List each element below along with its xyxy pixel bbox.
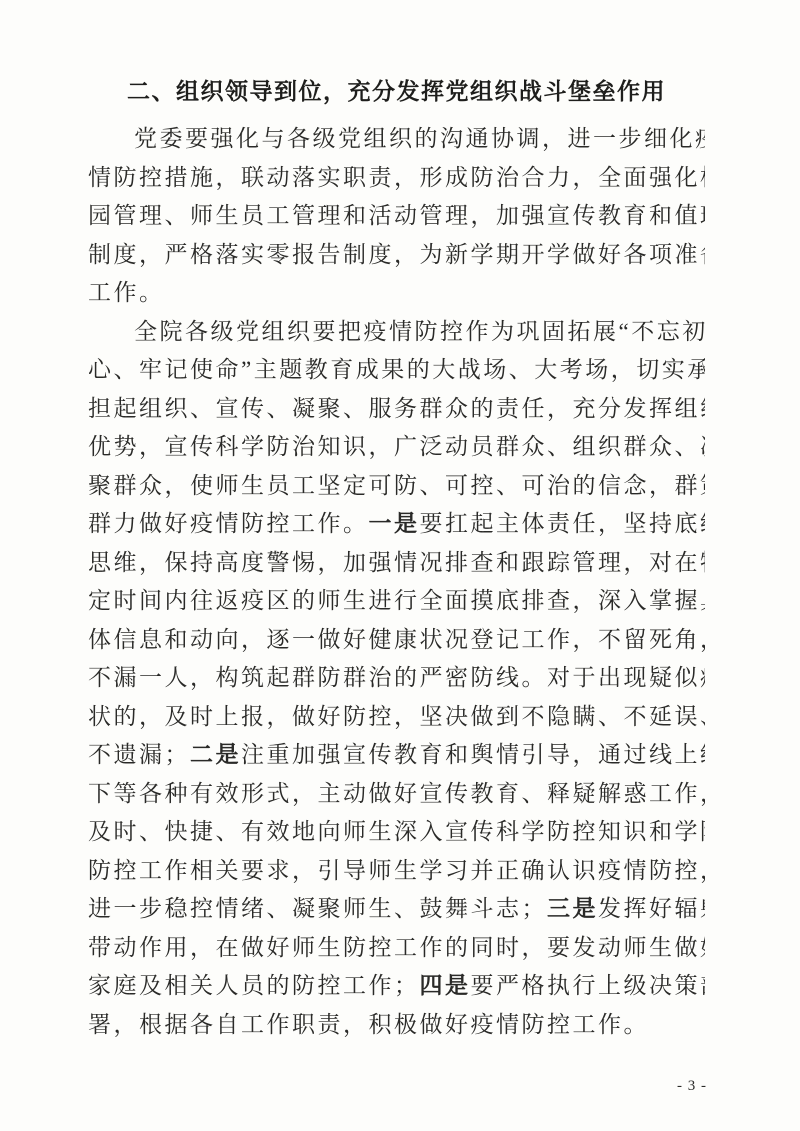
text-run: 防控工作相关要求，引导师生学习并正确认识疫情防控， <box>88 858 705 883</box>
text-run: 带动作用，在做好师生防控工作的同时，要发动师生做好 <box>88 935 705 960</box>
text-line: 下等各种有效形式，主动做好宣传教育、释疑解惑工作， <box>88 775 705 814</box>
text-line: 家庭及相关人员的防控工作；四是要严格执行上级决策部 <box>88 967 705 1006</box>
emphasis-run: 二是 <box>190 742 241 767</box>
text-line: 状的，及时上报，做好防控，坚决做到不隐瞒、不延误、 <box>88 698 705 737</box>
text-line: 优势，宣传科学防治知识，广泛动员群众、组织群众、凝 <box>88 428 705 467</box>
text-run: 全院各级党组织要把疫情防控作为巩固拓展“不忘初 <box>134 319 705 344</box>
text-run: 思维，保持高度警惕，加强情况排查和跟踪管理，对在特 <box>88 550 705 575</box>
text-run: 不遗漏； <box>88 742 190 767</box>
paragraph: 全院各级党组织要把疫情防控作为巩固拓展“不忘初心、牢记使命”主题教育成果的大战场… <box>88 313 705 1045</box>
text-line: 担起组织、宣传、凝聚、服务群众的责任，充分发挥组织 <box>88 390 705 429</box>
text-run: 园管理、师生员工管理和活动管理，加强宣传教育和值班 <box>88 203 705 228</box>
text-run: 聚群众，使师生员工坚定可防、可控、可治的信念，群策 <box>88 473 705 498</box>
text-run: 心、牢记使命”主题教育成果的大战场、大考场，切实承 <box>88 357 705 382</box>
text-run: 注重加强宣传教育和舆情引导，通过线上线 <box>241 742 705 767</box>
text-line: 情防控措施，联动落实职责，形成防治合力，全面强化校 <box>88 159 705 198</box>
text-line: 及时、快捷、有效地向师生深入宣传科学防控知识和学院 <box>88 813 705 852</box>
text-run: 群力做好疫情防控工作。 <box>88 511 369 536</box>
text-line: 党委要强化与各级党组织的沟通协调，进一步细化疫 <box>88 120 705 159</box>
text-run: 要严格执行上级决策部 <box>471 973 706 998</box>
text-line: 心、牢记使命”主题教育成果的大战场、大考场，切实承 <box>88 351 705 390</box>
paragraph: 党委要强化与各级党组织的沟通协调，进一步细化疫情防控措施，联动落实职责，形成防治… <box>88 120 705 313</box>
section-title: 二、组织领导到位，充分发挥党组织战斗堡垒作用 <box>88 76 705 108</box>
text-run: 情防控措施，联动落实职责，形成防治合力，全面强化校 <box>88 165 705 190</box>
text-line: 体信息和动向，逐一做好健康状况登记工作，不留死角， <box>88 621 705 660</box>
text-line: 园管理、师生员工管理和活动管理，加强宣传教育和值班 <box>88 197 705 236</box>
text-line: 制度，严格落实零报告制度，为新学期开学做好各项准备 <box>88 236 705 275</box>
text-line: 防控工作相关要求，引导师生学习并正确认识疫情防控， <box>88 852 705 891</box>
text-line: 工作。 <box>88 274 705 313</box>
text-line: 定时间内往返疫区的师生进行全面摸底排查，深入掌握具 <box>88 582 705 621</box>
text-run: 家庭及相关人员的防控工作； <box>88 973 420 998</box>
text-run: 下等各种有效形式，主动做好宣传教育、释疑解惑工作， <box>88 781 705 806</box>
text-run: 制度，严格落实零报告制度，为新学期开学做好各项准备 <box>88 242 705 267</box>
page-number: - 3 - <box>677 1078 707 1095</box>
text-line: 群力做好疫情防控工作。一是要扛起主体责任，坚持底线 <box>88 505 705 544</box>
text-run: 党委要强化与各级党组织的沟通协调，进一步细化疫 <box>134 126 705 151</box>
text-line: 进一步稳控情绪、凝聚师生、鼓舞斗志；三是发挥好辐射 <box>88 890 705 929</box>
emphasis-run: 三是 <box>547 896 598 921</box>
text-run: 及时、快捷、有效地向师生深入宣传科学防控知识和学院 <box>88 819 705 844</box>
text-run: 担起组织、宣传、凝聚、服务群众的责任，充分发挥组织 <box>88 396 705 421</box>
text-run: 署，根据各自工作职责，积极做好疫情防控工作。 <box>88 1012 649 1037</box>
text-run: 发挥好辐射 <box>598 896 705 921</box>
document-body: 党委要强化与各级党组织的沟通协调，进一步细化疫情防控措施，联动落实职责，形成防治… <box>88 120 705 1044</box>
emphasis-run: 四是 <box>420 973 471 998</box>
text-run: 工作。 <box>88 280 165 305</box>
text-line: 不遗漏；二是注重加强宣传教育和舆情引导，通过线上线 <box>88 736 705 775</box>
text-run: 优势，宣传科学防治知识，广泛动员群众、组织群众、凝 <box>88 434 705 459</box>
text-run: 不漏一人，构筑起群防群治的严密防线。对于出现疑似症 <box>88 665 705 690</box>
text-line: 思维，保持高度警惕，加强情况排查和跟踪管理，对在特 <box>88 544 705 583</box>
text-run: 进一步稳控情绪、凝聚师生、鼓舞斗志； <box>88 896 547 921</box>
text-run: 体信息和动向，逐一做好健康状况登记工作，不留死角， <box>88 627 705 652</box>
document-page: 二、组织领导到位，充分发挥党组织战斗堡垒作用 党委要强化与各级党组织的沟通协调，… <box>0 0 800 1131</box>
text-run: 定时间内往返疫区的师生进行全面摸底排查，深入掌握具 <box>88 588 705 613</box>
text-run: 状的，及时上报，做好防控，坚决做到不隐瞒、不延误、 <box>88 704 705 729</box>
text-line: 带动作用，在做好师生防控工作的同时，要发动师生做好 <box>88 929 705 968</box>
text-line: 全院各级党组织要把疫情防控作为巩固拓展“不忘初 <box>88 313 705 352</box>
emphasis-run: 一是 <box>369 511 420 536</box>
text-line: 聚群众，使师生员工坚定可防、可控、可治的信念，群策 <box>88 467 705 506</box>
text-line: 署，根据各自工作职责，积极做好疫情防控工作。 <box>88 1006 705 1045</box>
text-run: 要扛起主体责任，坚持底线 <box>420 511 706 536</box>
text-line: 不漏一人，构筑起群防群治的严密防线。对于出现疑似症 <box>88 659 705 698</box>
